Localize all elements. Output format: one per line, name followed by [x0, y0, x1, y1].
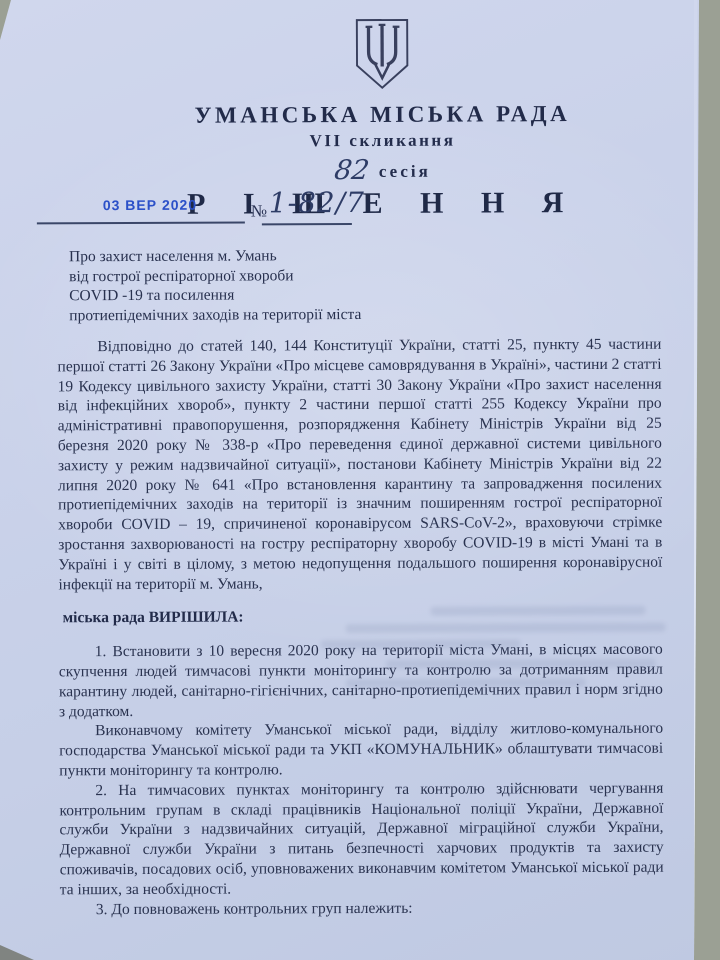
bleedthrough-smudge [346, 678, 586, 688]
date-underline [37, 221, 245, 224]
convocation-line: VII скликання [46, 129, 718, 152]
session-word: сесія [379, 162, 431, 181]
council-name: УМАНСЬКА МІСЬКА РАДА [46, 100, 718, 129]
ukraine-trident-emblem-icon [352, 18, 412, 95]
intro-paragraph: Відповідно до статей 140, 144 Конституці… [57, 335, 662, 595]
document-header: УМАНСЬКА МІСЬКА РАДА VII скликання 82 се… [46, 0, 719, 222]
resolution-item-2: 2. На тимчасових пунктах моніторингу та … [59, 778, 664, 899]
bleedthrough-smudge [431, 606, 646, 616]
resolution-item-3: 3. До повноважень контрольних груп належ… [60, 897, 664, 919]
subject-line: COVID -19 та посилення [69, 284, 489, 305]
bleedthrough-smudge [321, 639, 521, 649]
document-content: УМАНСЬКА МІСЬКА РАДА VII скликання 82 се… [0, 0, 720, 960]
date-stamp: 03 ВЕР 2020 [103, 197, 197, 213]
number-sign: № [251, 201, 267, 221]
subject-line: протиепідемічних заходів на території мі… [69, 304, 489, 325]
subject-block: Про захист населення м. Умань від гостро… [69, 245, 489, 325]
bleedthrough-smudge [346, 623, 666, 633]
subject-line: від гострої респіраторної хвороби [69, 265, 489, 286]
bleedthrough-smudge [386, 659, 656, 669]
resolution-item-1b: Виконавчому комітету Уманської міської р… [59, 719, 663, 781]
session-line: 82 сесія [47, 151, 719, 184]
document-number-handwritten: 1-82/7 [269, 186, 365, 219]
number-underline [262, 223, 352, 225]
session-number-handwritten: 82 [332, 155, 371, 186]
subject-line: Про захист населення м. Умань [69, 245, 489, 266]
